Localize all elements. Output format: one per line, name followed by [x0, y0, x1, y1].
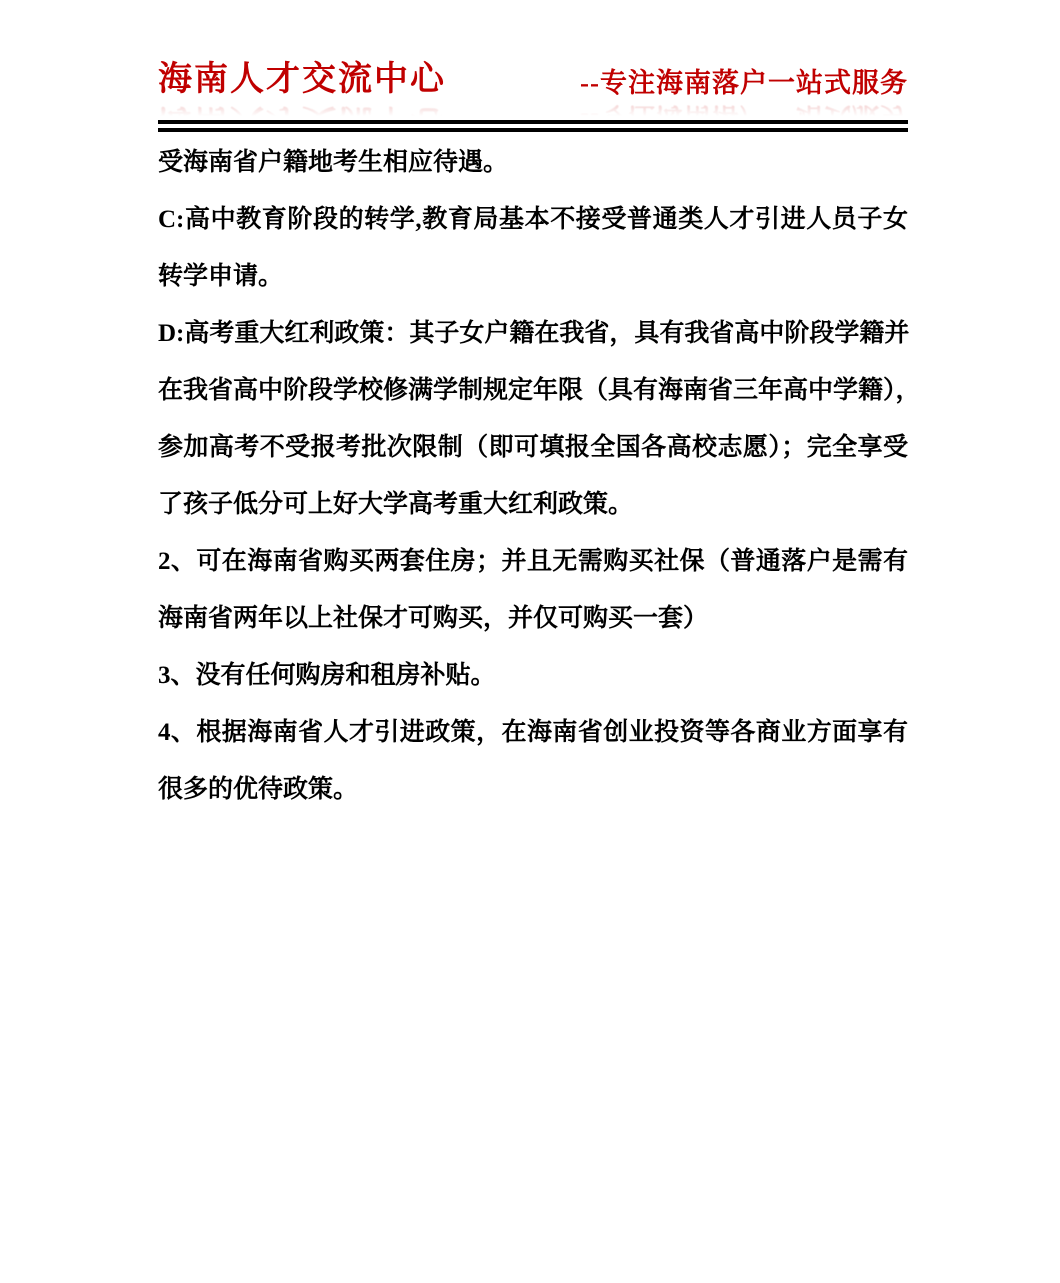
body-line: 了孩子低分可上好大学高考重大红利政策。 [158, 476, 908, 533]
header-tagline: --专注海南落户一站式服务 [580, 66, 908, 100]
body-line: 海南省两年以上社保才可购买，并仅可购买一套） [158, 590, 908, 647]
header-divider [158, 120, 908, 132]
brand-block: 海南人才交流中心 海南人才交流中心 [158, 60, 446, 118]
tagline-block: --专注海南落户一站式服务 --专注海南落户一站式服务 [580, 66, 908, 118]
paragraph: 2、可在海南省购买两套住房；并且无需购买社保（普通落户是需有海南省两年以上社保才… [158, 533, 908, 647]
body-line: C:高中教育阶段的转学,教育局基本不接受普通类人才引进人员子女 [158, 191, 908, 248]
body-line: 在我省高中阶段学校修满学制规定年限（具有海南省三年高中学籍）， [158, 362, 908, 419]
body-line: 4、根据海南省人才引进政策，在海南省创业投资等各商业方面享有 [158, 704, 908, 761]
body-line: 受海南省户籍地考生相应待遇。 [158, 134, 908, 191]
paragraph: D:高考重大红利政策：其子女户籍在我省，具有我省高中阶段学籍并在我省高中阶段学校… [158, 305, 908, 533]
tagline-reflection: --专注海南落户一站式服务 [580, 100, 908, 118]
brand-title: 海南人才交流中心 [158, 60, 446, 100]
paragraph: C:高中教育阶段的转学,教育局基本不接受普通类人才引进人员子女转学申请。 [158, 191, 908, 305]
body-line: 参加高考不受报考批次限制（即可填报全国各高校志愿）；完全享受 [158, 419, 908, 476]
tagline-reflection-text: --专注海南落户一站式服务 [580, 100, 908, 118]
paragraph: 受海南省户籍地考生相应待遇。 [158, 134, 908, 191]
document-page: 海南人才交流中心 海南人才交流中心 --专注海南落户一站式服务 --专注海南落户… [0, 0, 1060, 1283]
page-header: 海南人才交流中心 海南人才交流中心 --专注海南落户一站式服务 --专注海南落户… [158, 0, 908, 118]
body-line: D:高考重大红利政策：其子女户籍在我省，具有我省高中阶段学籍并 [158, 305, 908, 362]
page-content: 海南人才交流中心 海南人才交流中心 --专注海南落户一站式服务 --专注海南落户… [0, 0, 1060, 818]
body-line: 2、可在海南省购买两套住房；并且无需购买社保（普通落户是需有 [158, 533, 908, 590]
paragraph: 3、没有任何购房和租房补贴。 [158, 647, 908, 704]
brand-reflection-text: 海南人才交流中心 [158, 100, 446, 118]
body-line: 3、没有任何购房和租房补贴。 [158, 647, 908, 704]
paragraph: 4、根据海南省人才引进政策，在海南省创业投资等各商业方面享有很多的优待政策。 [158, 704, 908, 818]
brand-reflection: 海南人才交流中心 [158, 100, 446, 118]
body-line: 转学申请。 [158, 248, 908, 305]
document-body: 受海南省户籍地考生相应待遇。C:高中教育阶段的转学,教育局基本不接受普通类人才引… [158, 134, 908, 818]
body-line: 很多的优待政策。 [158, 761, 908, 818]
